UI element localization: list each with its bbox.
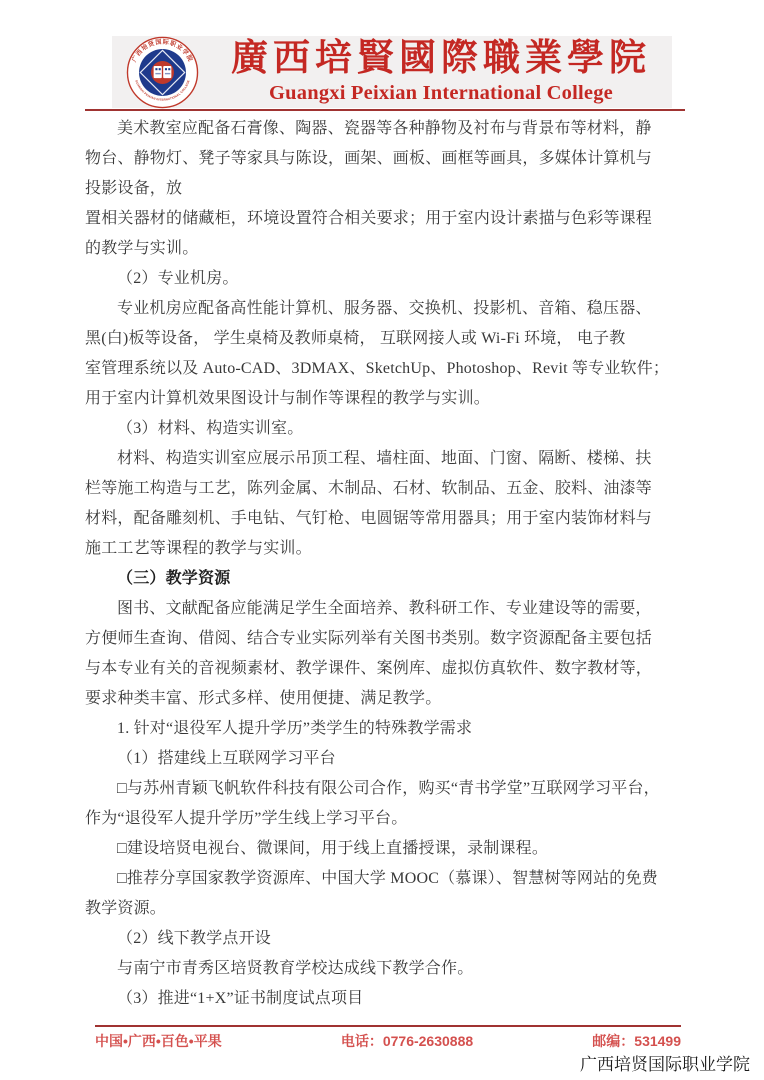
document-body: 美术教室应配备石膏像、陶器、瓷器等各种静物及衬布与背景布等材料，静 物台、静物灯… (85, 114, 695, 1014)
paragraph: 专业机房应配备高性能计算机、服务器、交换机、投影机、音箱、稳压器、 黑(白)板等… (85, 294, 695, 414)
paragraph: 美术教室应配备石膏像、陶器、瓷器等各种静物及衬布与背景布等材料，静 物台、静物灯… (85, 114, 695, 264)
college-titles: 廣西培賢國際職業學院 Guangxi Peixian International… (216, 37, 666, 106)
open-book-icon (151, 61, 174, 84)
paragraph: （3）推进“1+X”证书制度试点项目 (85, 984, 695, 1014)
page-watermark: 广西培贤国际职业学院 (580, 1050, 750, 1075)
page-footer: 中国•广西•百色•平果 电话：0776-2630888 邮编：531499 (95, 1031, 681, 1051)
college-header: 广西培贤国际职业学院 GUANGXI PEIXIAN INTERNATIONAL… (112, 36, 672, 108)
paragraph: 图书、文献配备应能满足学生全面培养、教科研工作、专业建设等的需要， 方便师生查询… (85, 594, 695, 714)
paragraph: 与南宁市青秀区培贤教育学校达成线下教学合作。 (85, 954, 695, 984)
document-page: 广西培贤国际职业学院 GUANGXI PEIXIAN INTERNATIONAL… (0, 0, 764, 1080)
footer-location: 中国•广西•百色•平果 (95, 1031, 222, 1051)
college-name-chinese: 廣西培賢國際職業學院 (216, 37, 666, 81)
paragraph: （3）材料、构造实训室。 (85, 414, 695, 444)
paragraph: □推荐分享国家教学资源库、中国大学 MOOC（慕课）、智慧树等网站的免费 教学资… (85, 864, 695, 924)
footer-phone: 电话：0776-2630888 (341, 1031, 473, 1051)
paragraph: 1. 针对“退役军人提升学历”类学生的特殊教学需求 (85, 714, 695, 744)
college-name-english: Guangxi Peixian International College (216, 81, 666, 106)
college-logo-icon: 广西培贤国际职业学院 GUANGXI PEIXIAN INTERNATIONAL… (126, 36, 199, 109)
paragraph: （1）搭建线上互联网学习平台 (85, 744, 695, 774)
section-heading: （三）教学资源 (85, 564, 695, 594)
footer-postcode: 邮编：531499 (592, 1031, 681, 1051)
footer-divider (95, 1025, 681, 1027)
paragraph: 材料、构造实训室应展示吊顶工程、墙柱面、地面、门窗、隔断、楼梯、扶 栏等施工构造… (85, 444, 695, 564)
paragraph: □建设培贤电视台、微课间，用于线上直播授课，录制课程。 (85, 834, 695, 864)
paragraph: （2）线下教学点开设 (85, 924, 695, 954)
paragraph: （2）专业机房。 (85, 264, 695, 294)
paragraph: □与苏州青颖飞帆软件科技有限公司合作，购买“青书学堂”互联网学习平台， 作为“退… (85, 774, 695, 834)
header-divider (85, 109, 685, 111)
